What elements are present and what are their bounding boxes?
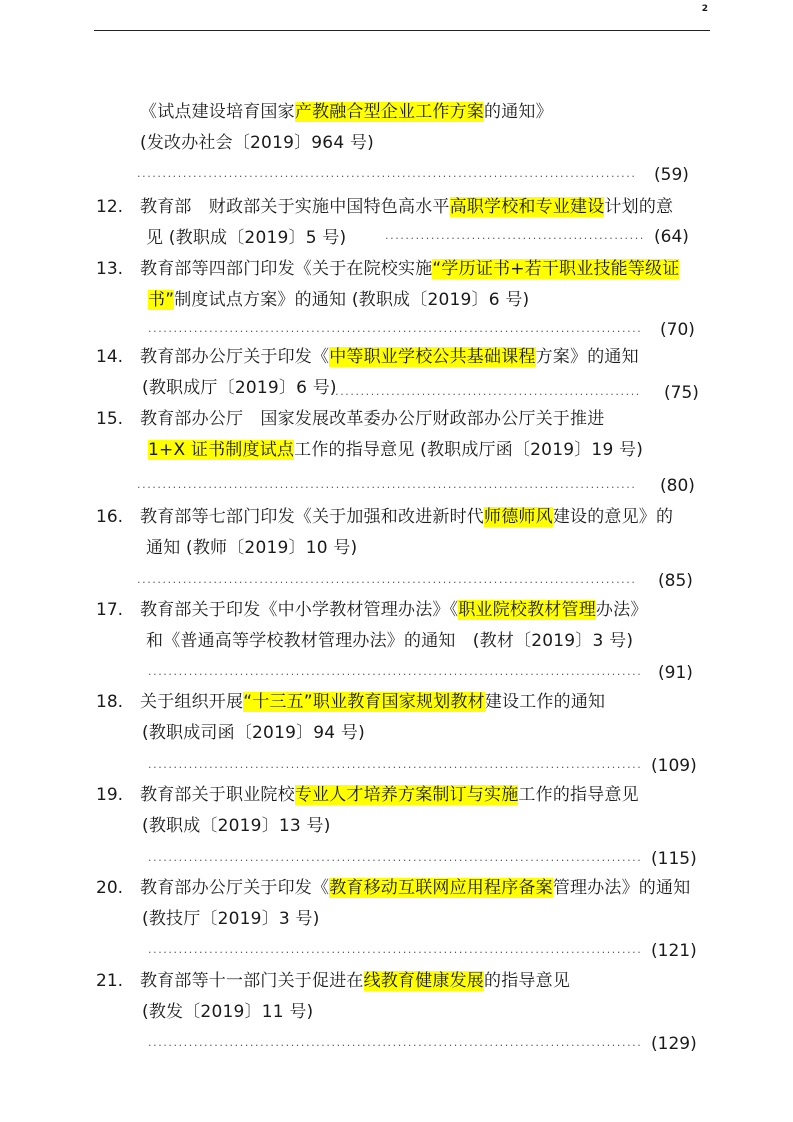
- entry-title-continuation[interactable]: (教技厅〔2019〕3 号): [142, 907, 320, 931]
- entry-text: 工作的指导意见 (教职成厅函〔2019〕19 号): [294, 440, 643, 460]
- dot-leader: ········································…: [148, 669, 642, 681]
- entry-title-continuation[interactable]: (发改办社会〔2019〕964 号): [140, 131, 374, 155]
- page-reference[interactable]: (109): [651, 754, 697, 778]
- page-reference[interactable]: (70): [660, 318, 695, 342]
- entry-text: 办法》: [596, 600, 648, 620]
- entry-number: 13.: [96, 257, 123, 281]
- page-reference[interactable]: (115): [651, 847, 697, 871]
- entry-title-line[interactable]: 教育部办公厅关于印发《中等职业学校公共基础课程方案》的通知: [140, 345, 639, 369]
- entry-text: 教育部等四部门印发《关于在院校实施: [140, 259, 432, 279]
- page-reference[interactable]: (75): [664, 381, 699, 405]
- entry-text: 教育部等七部门印发《关于加强和改进新时代: [140, 507, 484, 527]
- entry-text: (教职成司函〔2019〕94 号): [142, 723, 365, 743]
- entry-text: 建设工作的通知: [485, 692, 605, 712]
- entry-title-line[interactable]: 《试点建设培育国家产教融合型企业工作方案的通知》: [140, 100, 553, 124]
- entry-text: 建设的意见》的: [553, 507, 673, 527]
- entry-text: 制度试点方案》的通知 (教职成〔2019〕6 号): [174, 290, 529, 310]
- highlighted-text: 产教融合型企业工作方案: [295, 102, 484, 122]
- header-rule: [94, 30, 710, 31]
- entry-number: 12.: [96, 195, 123, 219]
- highlighted-text: 教育移动互联网应用程序备案: [329, 878, 553, 898]
- highlighted-text: “十三五”职业教育国家规划教材: [243, 692, 485, 712]
- highlighted-text: 中等职业学校公共基础课程: [329, 347, 535, 367]
- entry-title-continuation[interactable]: 书”制度试点方案》的通知 (教职成〔2019〕6 号): [148, 288, 529, 312]
- entry-text: 通知 (教师〔2019〕10 号): [146, 538, 357, 558]
- entry-text: 教育部 财政部关于实施中国特色高水平: [140, 197, 450, 217]
- entry-text: 工作的指导意见: [518, 785, 638, 805]
- highlighted-text: 师德师风: [484, 507, 553, 527]
- page-reference[interactable]: (129): [651, 1032, 697, 1056]
- entry-text: 的通知》: [484, 102, 553, 122]
- entry-text: 教育部办公厅 国家发展改革委办公厅财政部办公厅关于推进: [140, 409, 604, 429]
- highlighted-text: 职业院校教材管理: [458, 600, 596, 620]
- highlighted-text: 1+X 证书制度试点: [148, 440, 294, 460]
- dot-leader: ········································…: [148, 762, 642, 774]
- dot-leader: ········································…: [137, 577, 637, 589]
- entry-title-continuation[interactable]: 和《普通高等学校教材管理办法》的通知 (教材〔2019〕3 号): [146, 629, 633, 653]
- highlighted-text: 线教育健康发展: [364, 971, 484, 991]
- entry-text: 方案》的通知: [536, 347, 639, 367]
- entry-number: 19.: [96, 783, 123, 807]
- entry-title-continuation[interactable]: 见 (教职成〔2019〕5 号): [146, 226, 346, 250]
- entry-title-continuation[interactable]: (教职成〔2019〕13 号): [142, 814, 331, 838]
- entry-number: 17.: [96, 598, 123, 622]
- dot-leader: ········································…: [137, 171, 637, 183]
- entry-title-line[interactable]: 教育部办公厅关于印发《教育移动互联网应用程序备案管理办法》的通知: [140, 876, 690, 900]
- page-reference[interactable]: (80): [660, 474, 695, 498]
- dot-leader: ········································…: [148, 947, 642, 959]
- entry-title-line[interactable]: 教育部等七部门印发《关于加强和改进新时代师德师风建设的意见》的: [140, 505, 673, 529]
- entry-text: 关于组织开展: [140, 692, 243, 712]
- entry-text: 见 (教职成〔2019〕5 号): [146, 228, 346, 248]
- entry-text: 教育部关于印发《中小学教材管理办法》《: [140, 600, 458, 620]
- entry-title-continuation[interactable]: (教职成司函〔2019〕94 号): [142, 721, 365, 745]
- entry-title-line[interactable]: 教育部办公厅 国家发展改革委办公厅财政部办公厅关于推进: [140, 407, 604, 431]
- page-reference[interactable]: (91): [658, 661, 693, 685]
- entry-number: 16.: [96, 505, 123, 529]
- entry-text: 教育部办公厅关于印发《: [140, 347, 329, 367]
- entry-number: 18.: [96, 690, 123, 714]
- page-reference[interactable]: (121): [651, 939, 697, 963]
- entry-title-line[interactable]: 教育部等四部门印发《关于在院校实施“学历证书+若干职业技能等级证: [140, 257, 679, 281]
- entry-title-continuation[interactable]: 通知 (教师〔2019〕10 号): [146, 536, 357, 560]
- entry-text: 的指导意见: [484, 971, 570, 991]
- entry-number: 20.: [96, 876, 123, 900]
- highlighted-text: 书”: [148, 290, 174, 310]
- dot-leader: ········································…: [137, 482, 637, 494]
- page-number: 2: [702, 4, 708, 14]
- entry-title-continuation[interactable]: (教发〔2019〕11 号): [142, 1000, 313, 1024]
- entry-text: 教育部办公厅关于印发《: [140, 878, 329, 898]
- dot-leader: ········································…: [148, 1040, 642, 1052]
- entry-text: 《试点建设培育国家: [140, 102, 295, 122]
- highlighted-text: 高职学校和专业建设: [450, 197, 605, 217]
- dot-leader: ········································…: [148, 855, 642, 867]
- entry-text: 教育部等十一部门关于促进在: [140, 971, 364, 991]
- entry-text: (教职成〔2019〕13 号): [142, 816, 331, 836]
- entry-text: 和《普通高等学校教材管理办法》的通知 (教材〔2019〕3 号): [146, 631, 633, 651]
- dot-leader: ········································…: [148, 326, 642, 338]
- entry-title-continuation[interactable]: (教职成厅〔2019〕6 号): [142, 376, 337, 400]
- entry-text: 管理办法》的通知: [553, 878, 691, 898]
- highlighted-text: 专业人才培养方案制订与实施: [295, 785, 519, 805]
- entry-title-line[interactable]: 教育部 财政部关于实施中国特色高水平高职学校和专业建设计划的意: [140, 195, 673, 219]
- entry-title-line[interactable]: 关于组织开展“十三五”职业教育国家规划教材建设工作的通知: [140, 690, 605, 714]
- entry-text: 计划的意: [604, 197, 673, 217]
- entry-title-line[interactable]: 教育部等十一部门关于促进在线教育健康发展的指导意见: [140, 969, 570, 993]
- dot-leader: ········································…: [330, 389, 642, 401]
- entry-title-line[interactable]: 教育部关于职业院校专业人才培养方案制订与实施工作的指导意见: [140, 783, 639, 807]
- page-reference[interactable]: (59): [654, 163, 689, 187]
- entry-title-line[interactable]: 教育部关于印发《中小学教材管理办法》《职业院校教材管理办法》: [140, 598, 648, 622]
- entry-text: (教职成厅〔2019〕6 号): [142, 378, 337, 398]
- entry-text: (发改办社会〔2019〕964 号): [140, 133, 374, 153]
- page-reference[interactable]: (85): [658, 569, 693, 593]
- entry-number: 14.: [96, 345, 123, 369]
- dot-leader: ········································…: [385, 233, 643, 245]
- entry-number: 15.: [96, 407, 123, 431]
- entry-text: 教育部关于职业院校: [140, 785, 295, 805]
- highlighted-text: “学历证书+若干职业技能等级证: [432, 259, 679, 279]
- entry-text: (教技厅〔2019〕3 号): [142, 909, 320, 929]
- page-reference[interactable]: (64): [654, 225, 689, 249]
- entry-text: (教发〔2019〕11 号): [142, 1002, 313, 1022]
- entry-number: 21.: [96, 969, 123, 993]
- entry-title-continuation[interactable]: 1+X 证书制度试点工作的指导意见 (教职成厅函〔2019〕19 号): [148, 438, 643, 462]
